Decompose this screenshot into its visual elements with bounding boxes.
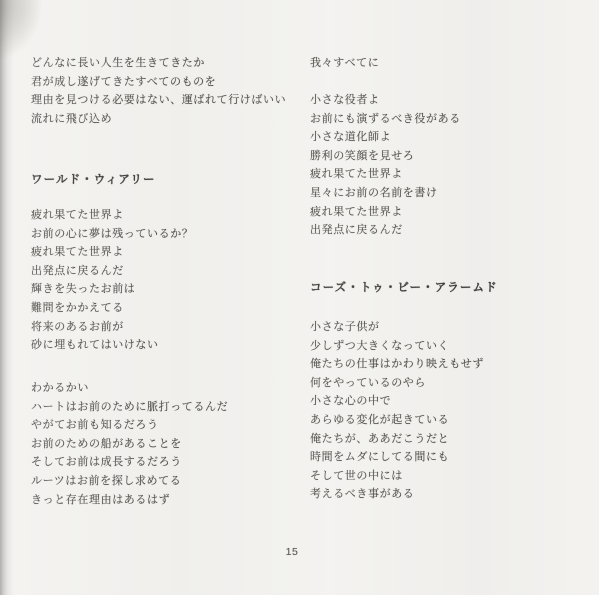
song-title-text: ワールド・ウィアリー [31,171,156,190]
lyric-line: 勝利の笑顔を見せろ [310,147,461,166]
lyric-line: 疲れ果てた世界よ [31,243,193,262]
lyric-line: 疲れ果てた世界よ [310,165,461,184]
song-title-world-weary: ワールド・ウィアリー [31,171,156,190]
lyric-line: 出発点に戻るんだ [31,262,193,281]
lyric-line: お前のための船があることを [31,435,228,454]
lyric-line: 輝きを失ったお前は [31,280,193,299]
top-left-corner-shade [0,0,42,60]
lyric-line: ルーツはお前を探し求めてる [31,472,228,491]
lyric-line: ハートはお前のために脈打ってるんだ [31,398,228,417]
left-column-verse-2: わかるかい ハートはお前のために脈打ってるんだ やがてお前も知るだろう お前のた… [31,379,228,509]
song-title-text: コーズ・トゥ・ビー・アラームド [310,279,498,298]
song-title-cause-to-be-alarmed: コーズ・トゥ・ビー・アラームド [310,279,498,298]
left-column-intro-verse: どんなに長い人生を生きてきたか 君が成し遂げてきたすべてのものを 理由を見つける… [31,54,286,128]
lyric-line: 疲れ果てた世界よ [310,203,461,222]
lyric-line: そして世の中には [310,467,484,486]
lyric-line: 小さな子供が [310,318,484,337]
lyric-line: 我々すべてに [310,54,379,73]
lyric-line: わかるかい [31,379,228,398]
lyric-line: 俺たちが、ああだこうだと [310,430,484,449]
lyric-line: 出発点に戻るんだ [310,221,461,240]
right-column-verse-2: 小さな子供が 少しずつ大きくなっていく 俺たちの仕事はかわり映えもせず 何をやっ… [310,318,484,504]
lyric-line: 君が成し遂げてきたすべてのものを [31,73,286,92]
lyric-line: 難問をかかえてる [31,299,193,318]
lyric-line: 疲れ果てた世界よ [31,206,193,225]
lyric-line: きっと存在理由はあるはず [31,491,228,510]
lyric-line: 砂に埋もれてはいけない [31,336,193,355]
lyrics-booklet-page: どんなに長い人生を生きてきたか 君が成し遂げてきたすべてのものを 理由を見つける… [0,0,599,595]
lyric-line: お前にも演ずるべき役がある [310,110,461,129]
right-column-closing-line: 我々すべてに [310,54,379,73]
lyric-line: どんなに長い人生を生きてきたか [31,54,286,73]
lyric-line: やがてお前も知るだろう [31,416,228,435]
left-edge-scan-shadow [0,0,14,595]
lyric-line: 小さな役者よ [310,91,461,110]
lyric-line: 小さな心の中で [310,392,484,411]
lyric-line: 理由を見つける必要はない、運ばれて行けばいい [31,91,286,110]
lyric-line: 星々にお前の名前を書け [310,184,461,203]
lyric-line: 小さな道化師よ [310,128,461,147]
left-column-verse-1: 疲れ果てた世界よ お前の心に夢は残っているか？ 疲れ果てた世界よ 出発点に戻るん… [31,206,193,355]
lyric-line: 将来のあるお前が [31,318,193,337]
right-column-verse-1: 小さな役者よ お前にも演ずるべき役がある 小さな道化師よ 勝利の笑顔を見せろ 疲… [310,91,461,240]
lyric-line: 俺たちの仕事はかわり映えもせず [310,355,484,374]
lyric-line: 何をやっているのやら [310,374,484,393]
lyric-line: あらゆる変化が起きている [310,411,484,430]
lyric-line: そしてお前は成長するだろう [31,453,228,472]
lyric-line: お前の心に夢は残っているか？ [31,225,193,244]
lyric-line: 考えるべき事がある [310,485,484,504]
lyric-line: 時間をムダにしてる間にも [310,448,484,467]
lyric-line: 流れに飛び込め [31,110,286,129]
page-number: 15 [277,546,307,558]
lyric-line: 少しずつ大きくなっていく [310,337,484,356]
